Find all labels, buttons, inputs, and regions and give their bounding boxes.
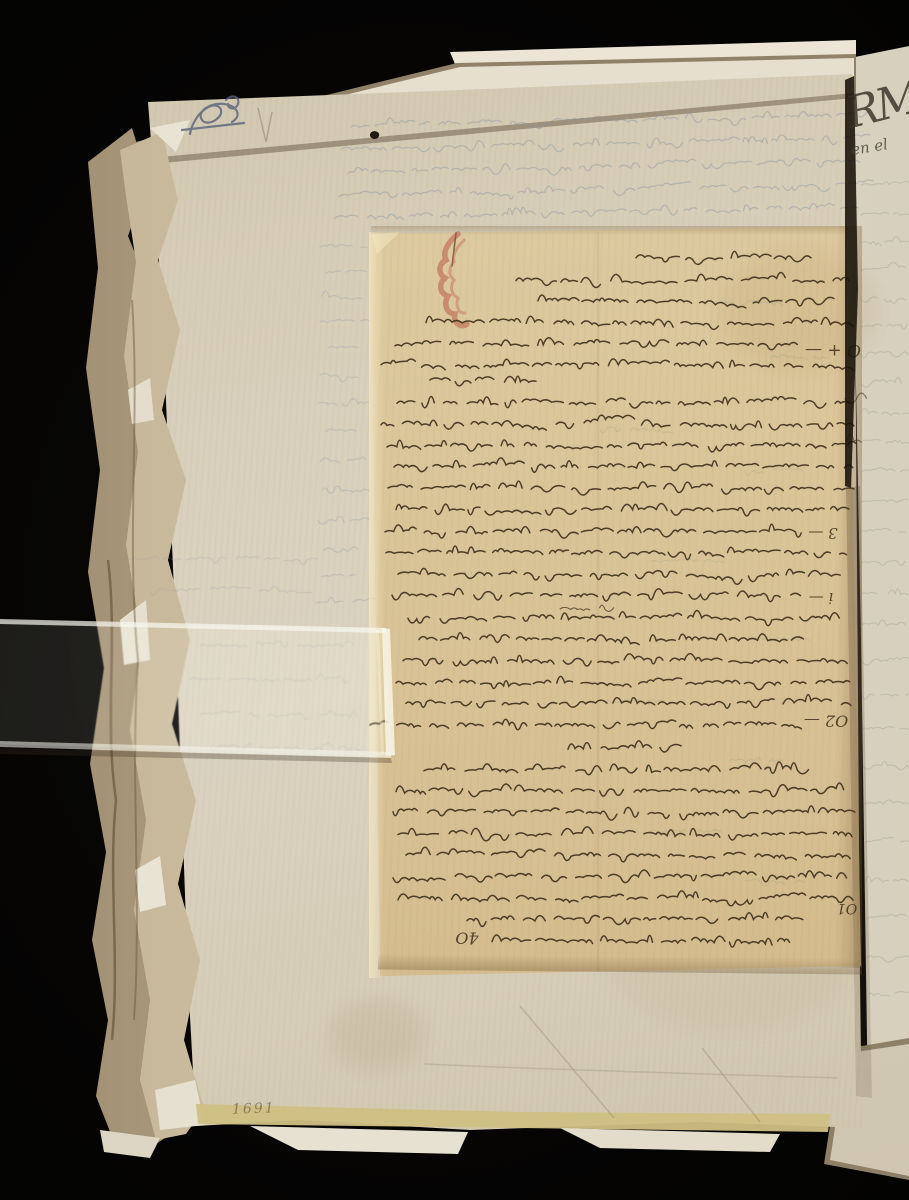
- handwriting-line: [845, 393, 867, 403]
- handwriting-line: [403, 654, 847, 666]
- handwriting-line: [861, 377, 901, 387]
- handwriting-line: [600, 427, 673, 434]
- handwriting-line: [398, 568, 840, 584]
- handwriting-line: [861, 440, 909, 445]
- handwriting-line: [730, 758, 783, 762]
- handwriting-line: [861, 182, 909, 186]
- handwriting-line: [396, 783, 844, 797]
- handwriting-line: [867, 914, 907, 918]
- handwriting-line: [392, 589, 801, 602]
- handwriting-line: [430, 376, 536, 386]
- handwriting-line: [865, 837, 909, 842]
- handwriting-line: [745, 879, 805, 886]
- handwriting-line: [385, 524, 801, 538]
- handwriting-line: [568, 741, 681, 752]
- handwriting-line: [388, 481, 854, 495]
- handwriting-line: [847, 434, 861, 442]
- handwriting-line: [398, 891, 853, 906]
- handwriting-line: [381, 359, 854, 371]
- handwriting-line: [861, 352, 908, 358]
- insert-interlinear-note: [560, 605, 614, 611]
- handwriting-line: [406, 847, 850, 862]
- handwriting-line: [861, 468, 909, 472]
- handwriting-line: [516, 272, 849, 287]
- handwriting-line: [861, 237, 909, 246]
- insert-handwriting-layer: [0, 0, 909, 1200]
- handwriting-line: [395, 338, 797, 350]
- handwriting-line: [538, 295, 834, 308]
- manuscript-scan: 1691 O + —3 —i —O2 —O14O RM en el: [0, 0, 909, 1200]
- handwriting-line: [396, 503, 849, 515]
- handwriting-line: [863, 761, 909, 769]
- handwriting-line: [863, 727, 909, 730]
- handwriting-line: [396, 676, 850, 689]
- handwriting-line: [397, 396, 851, 408]
- handwriting-line: [650, 830, 722, 834]
- gutter-ink-marks: [845, 393, 867, 442]
- handwriting-line: [861, 263, 906, 271]
- handwriting-line: [398, 827, 852, 841]
- handwriting-line: [861, 620, 906, 626]
- handwriting-line: [861, 213, 909, 216]
- handwriting-line: [864, 800, 909, 804]
- handwriting-line: [406, 695, 851, 709]
- handwriting-line: [381, 415, 854, 430]
- handwriting-line: [861, 499, 907, 502]
- handwriting-line: [560, 605, 614, 611]
- handwriting-line: [861, 324, 907, 329]
- handwriting-line: [394, 458, 853, 472]
- facing-page-bleed-lines: [861, 182, 909, 997]
- handwriting-line: [770, 355, 826, 359]
- handwriting-line: [868, 956, 909, 962]
- handwriting-line: [866, 876, 908, 882]
- handwriting-line: [861, 408, 909, 415]
- handwriting-line: [745, 469, 803, 476]
- handwriting-line: [862, 657, 909, 665]
- handwriting-line: [861, 561, 905, 566]
- handwriting-line: [467, 912, 803, 926]
- handwriting-line: [387, 440, 856, 452]
- handwriting-line: [861, 528, 906, 532]
- handwriting-line: [869, 992, 909, 997]
- handwriting-line: [393, 870, 847, 883]
- handwriting-line: [386, 546, 847, 560]
- handwriting-line: [370, 719, 801, 730]
- handwriting-line: [424, 762, 809, 775]
- handwriting-line: [862, 693, 909, 699]
- handwriting-line: [393, 806, 855, 820]
- handwriting-line: [408, 611, 839, 626]
- handwriting-line: [636, 251, 811, 264]
- handwriting-line: [419, 633, 803, 645]
- handwriting-line: [426, 316, 854, 329]
- handwriting-line: [861, 297, 906, 304]
- handwriting-line: [861, 589, 908, 595]
- handwriting-line: [492, 935, 790, 947]
